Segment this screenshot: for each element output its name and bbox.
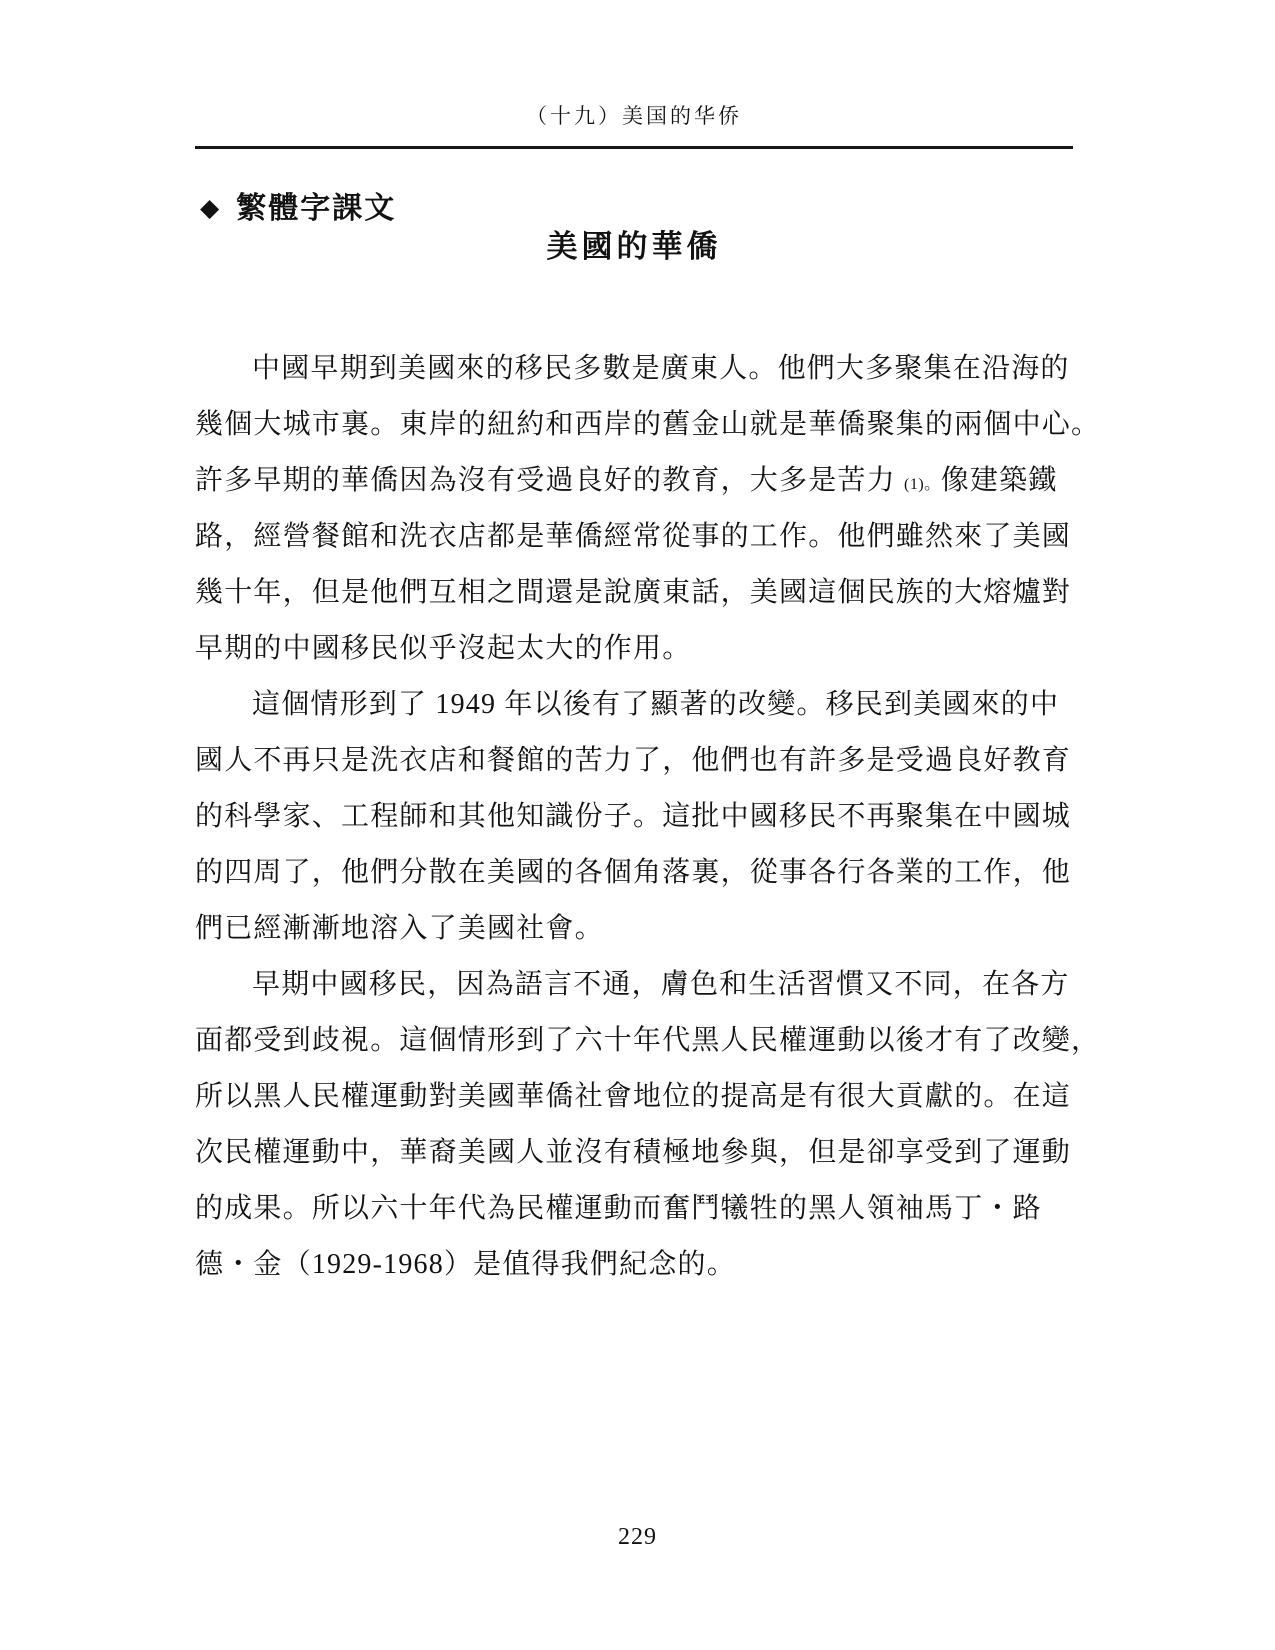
text-line: 次民權運動中，華裔美國人並沒有積極地參與，但是卻享受到了運動 (195, 1125, 1073, 1181)
text-segment: 像建築鐵 (941, 465, 1058, 496)
text-line: 早期中國移民，因為語言不通，膚色和生活習慣又不同，在各方 (195, 957, 1073, 1013)
text-line: 路，經營餐館和洗衣店都是華僑經常從事的工作。他們雖然來了美國 (195, 509, 1073, 565)
page-number: 229 (0, 1524, 1275, 1551)
text-segment: 許多早期的華僑因為沒有受過良好的教育，大多是苦力 (195, 465, 904, 496)
footnote-marker: (1)。 (904, 476, 941, 493)
text-line: 所以黑人民權運動對美國華僑社會地位的提高是有很大貢獻的。在這 (195, 1069, 1073, 1125)
header-divider (195, 146, 1073, 149)
running-header: （十九）美国的华侨 (195, 100, 1073, 130)
lesson-body: 中國早期到美國來的移民多數是廣東人。他們大多聚集在沿海的 幾個大城市裏。東岸的紐… (195, 341, 1073, 1293)
text-line: 們已經漸漸地溶入了美國社會。 (195, 901, 1073, 957)
text-line: 的成果。所以六十年代為民權運動而奮鬥犧牲的黑人領袖馬丁・路 (195, 1181, 1073, 1237)
text-line: 的四周了，他們分散在美國的各個角落裏，從事各行各業的工作，他 (195, 845, 1073, 901)
text-line: 這個情形到了 1949 年以後有了顯著的改變。移民到美國來的中 (195, 677, 1073, 733)
text-line: 面都受到歧視。這個情形到了六十年代黑人民權運動以後才有了改變， (195, 1013, 1073, 1069)
text-line: 國人不再只是洗衣店和餐館的苦力了，他們也有許多是受過良好教育 (195, 733, 1073, 789)
text-line: 幾個大城市裏。東岸的紐約和西岸的舊金山就是華僑聚集的兩個中心。 (195, 397, 1073, 453)
text-line: 的科學家、工程師和其他知識份子。這批中國移民不再聚集在中國城 (195, 789, 1073, 845)
lesson-title: 美國的華僑 (195, 221, 1073, 266)
document-page: （十九）美国的华侨 ◆繁體字課文 美國的華僑 中國早期到美國來的移民多數是廣東人… (0, 0, 1275, 1650)
text-line: 中國早期到美國來的移民多數是廣東人。他們大多聚集在沿海的 (195, 341, 1073, 397)
text-line-with-footnote: 許多早期的華僑因為沒有受過良好的教育，大多是苦力 (1)。像建築鐵 (195, 453, 1073, 509)
text-line: 幾十年，但是他們互相之間還是說廣東話，美國這個民族的大熔爐對 (195, 565, 1073, 621)
text-line: 早期的中國移民似乎沒起太大的作用。 (195, 621, 1073, 677)
text-line: 德・金（1929-1968）是值得我們紀念的。 (195, 1237, 1073, 1293)
diamond-bullet-icon: ◆ (200, 193, 221, 222)
